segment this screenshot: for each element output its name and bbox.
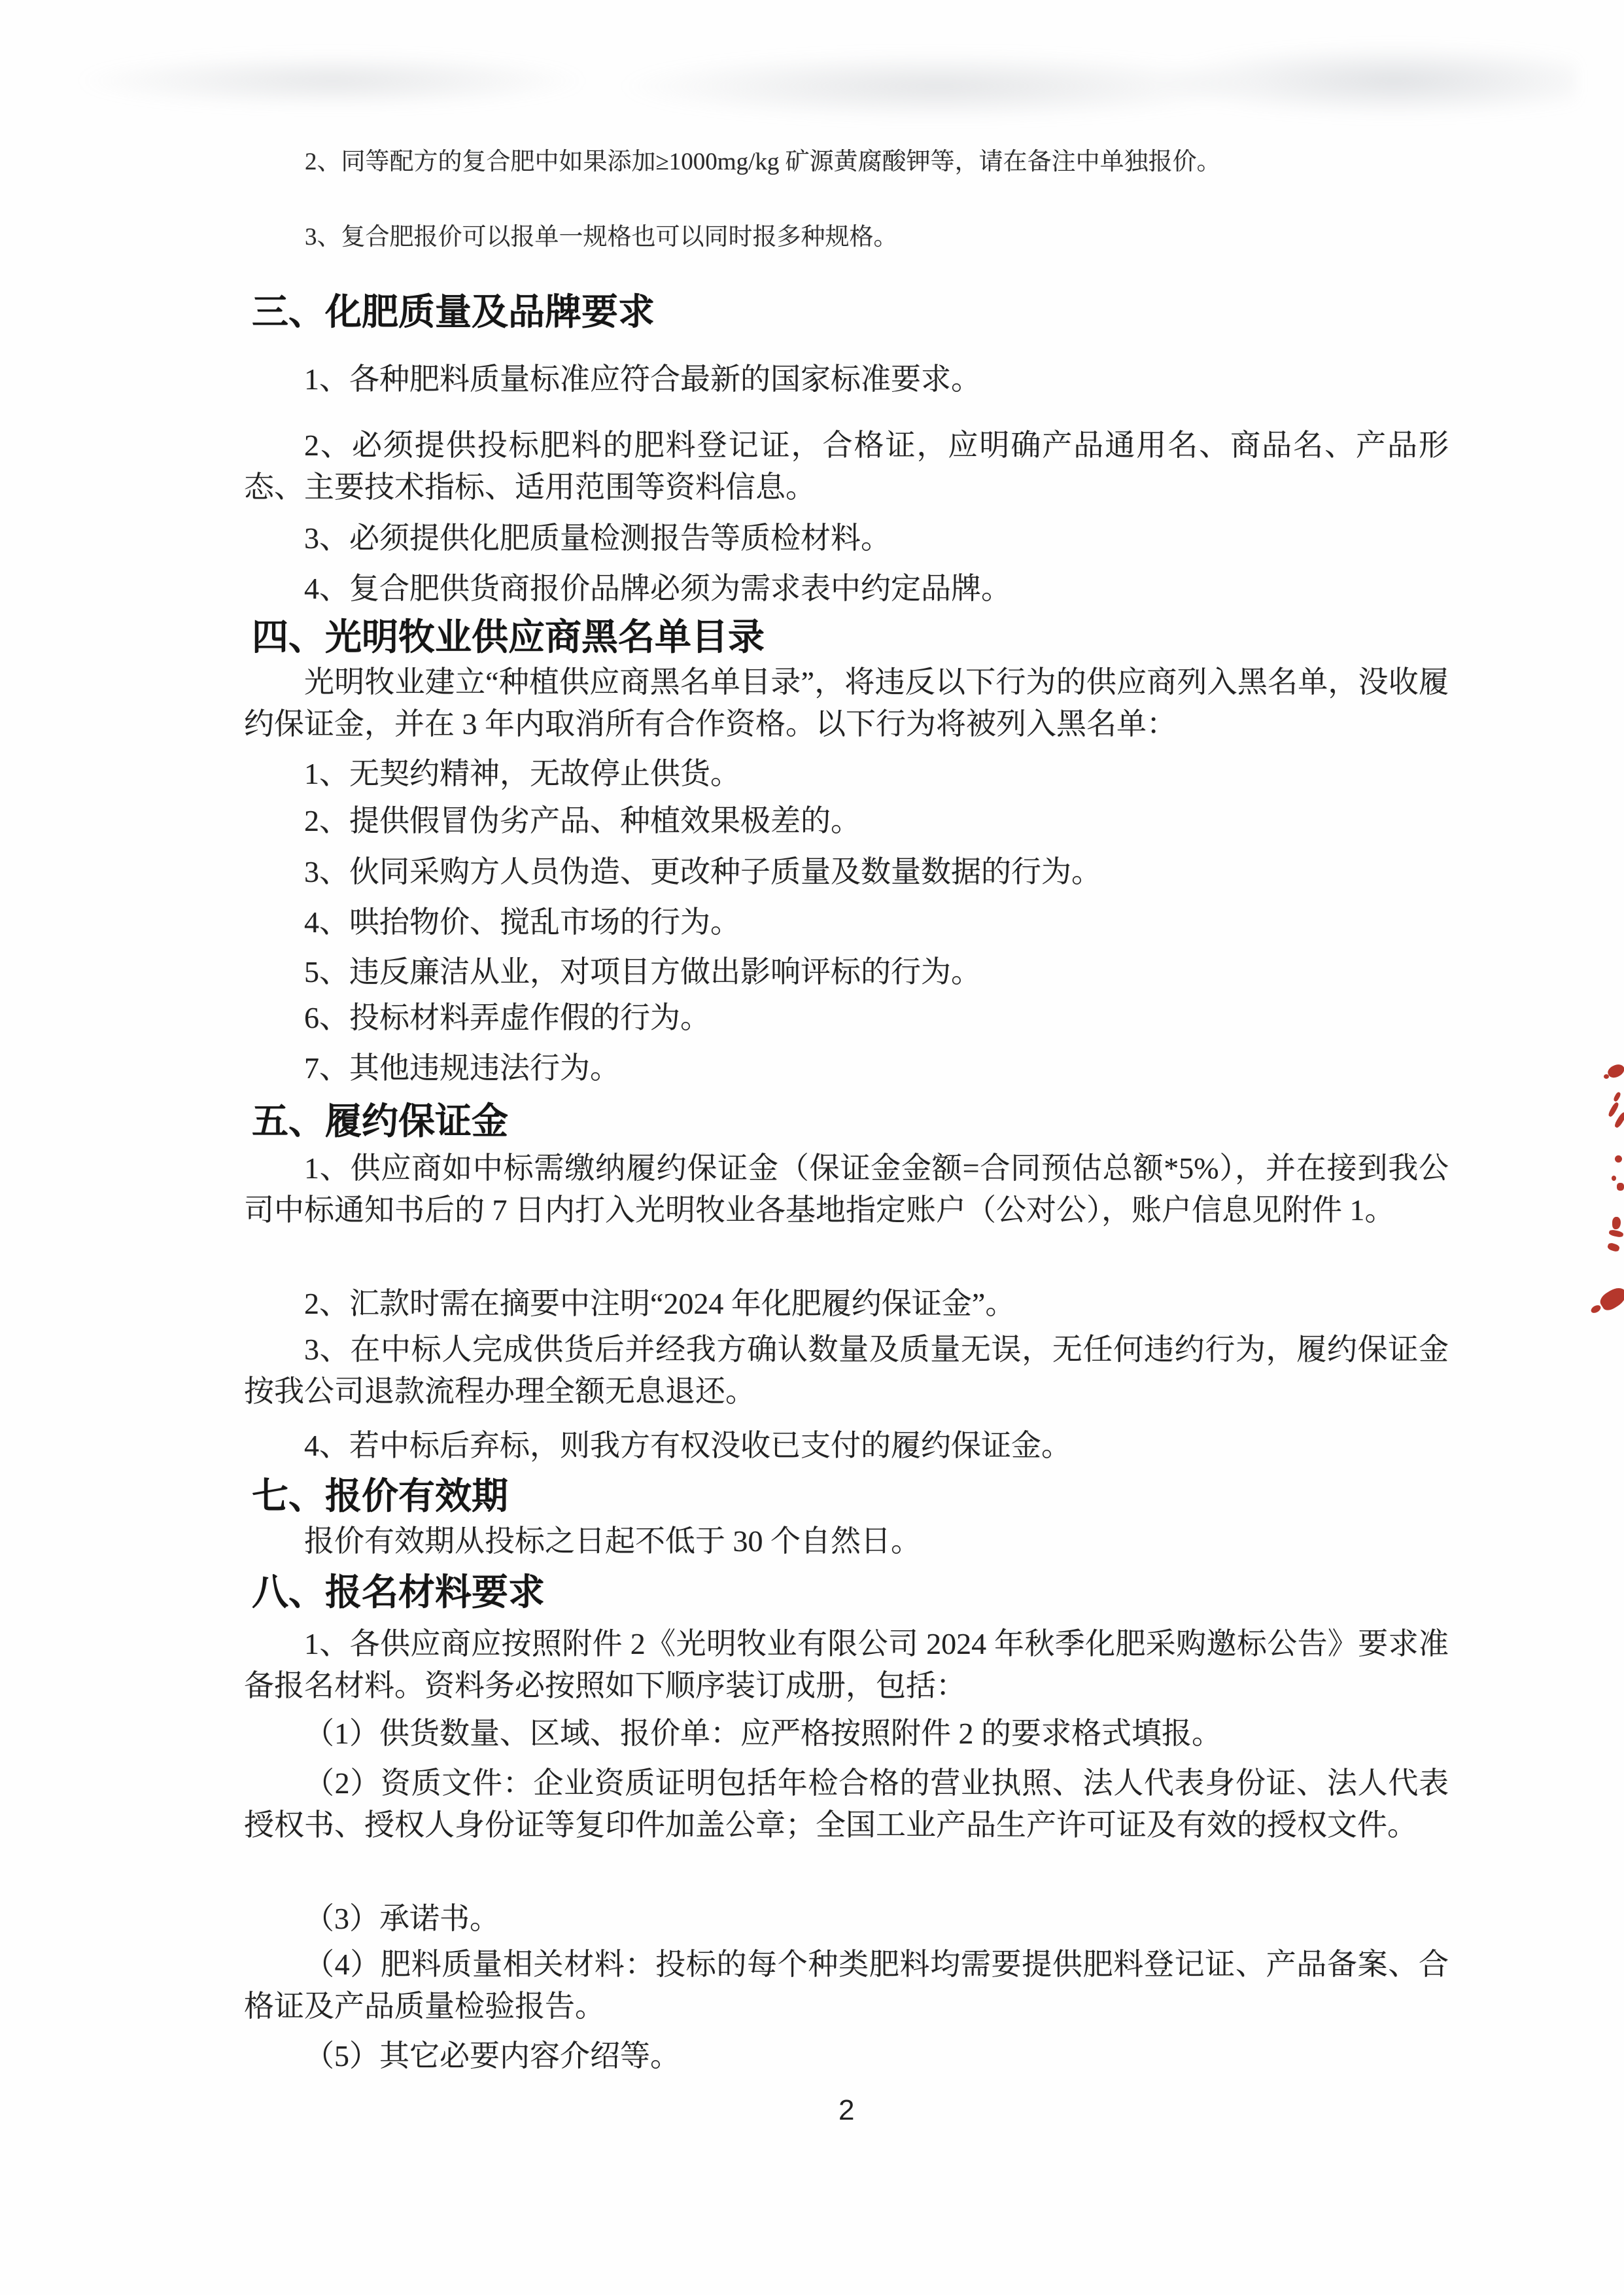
paragraph: 7、其他违规违法行为。 [244, 1047, 1449, 1089]
page-number: 2 [838, 2094, 854, 2128]
paragraph: 3、在中标人完成供货后并经我方确认数量及质量无误，无任何违约行为，履约保证金按我… [244, 1329, 1449, 1412]
paragraph: 3、伙同采购方人员伪造、更改种子质量及数量数据的行为。 [244, 851, 1449, 893]
paragraph: （3）承诺书。 [244, 1898, 1449, 1940]
paragraph: 2、汇款时需在摘要中注明“2024 年化肥履约保证金”。 [244, 1283, 1449, 1325]
red-stamp-fragment [1590, 1304, 1602, 1315]
paragraph: 光明牧业建立“种植供应商黑名单目录”，将违反以下行为的供应商列入黑名单，没收履约… [244, 661, 1449, 745]
paragraph: 3、必须提供化肥质量检测报告等质检材料。 [244, 517, 1449, 559]
red-stamp-fragment [1614, 1112, 1624, 1129]
paragraph: （1）供货数量、区域、报价单：应严格按照附件 2 的要求格式填报。 [244, 1713, 1449, 1755]
paragraph: 4、若中标后弃标，则我方有权没收已支付的履约保证金。 [244, 1425, 1449, 1467]
paragraph: 2、必须提供投标肥料的肥料登记证，合格证，应明确产品通用名、商品名、产品形态、主… [244, 425, 1449, 508]
red-stamp-fragment [1607, 1242, 1621, 1252]
red-stamp-fragment [1612, 1176, 1616, 1181]
paragraph: 1、无契约精神，无故停止供货。 [244, 753, 1449, 795]
paragraph: 5、违反廉洁从业，对项目方做出影响评标的行为。 [244, 951, 1449, 993]
section-heading-7: 七、报价有效期 [252, 1475, 1449, 1519]
red-stamp-fragment [1617, 1183, 1624, 1191]
paragraph: 6、投标材料弄虚作假的行为。 [244, 997, 1449, 1039]
paragraph: 报价有效期从投标之日起不低于 30 个自然日。 [244, 1520, 1449, 1562]
paragraph: 1、各种肥料质量标准应符合最新的国家标准要求。 [244, 359, 1449, 400]
red-stamp-fragment [1597, 1284, 1624, 1313]
paragraph: （5）其它必要内容介绍等。 [244, 2035, 1449, 2077]
red-stamp-fragment [1615, 1155, 1622, 1163]
red-stamp-fragment [1608, 1102, 1620, 1118]
section-heading-5: 五、履约保证金 [252, 1100, 1449, 1144]
section-heading-4: 四、光明牧业供应商黑名单目录 [252, 616, 1449, 660]
paragraph: 2、提供假冒伪劣产品、种植效果极差的。 [244, 800, 1449, 842]
scan-noise-band [59, 20, 1576, 131]
note-item: 2、同等配方的复合肥中如果添加≥1000mg/kg 矿源黄腐酸钾等，请在备注中单… [244, 145, 1449, 179]
paragraph: 1、供应商如中标需缴纳履约保证金（保证金金额=合同预估总额*5%），并在接到我公… [244, 1147, 1449, 1231]
paragraph: 1、各供应商应按照附件 2《光明牧业有限公司 2024 年秋季化肥采购邀标公告》… [244, 1623, 1449, 1707]
paragraph: （2）资质文件：企业资质证明包括年检合格的营业执照、法人代表身份证、法人代表授权… [244, 1762, 1449, 1846]
note-item: 3、复合肥报价可以报单一规格也可以同时报多种规格。 [244, 220, 1449, 254]
red-stamp-fragment [1604, 1074, 1609, 1079]
section-heading-3: 三、化肥质量及品牌要求 [252, 290, 1449, 335]
red-stamp-fragment [1608, 1229, 1623, 1238]
paragraph: 4、哄抬物价、搅乱市场的行为。 [244, 902, 1449, 943]
paragraph: 4、复合肥供货商报价品牌必须为需求表中约定品牌。 [244, 568, 1449, 610]
section-heading-8: 八、报名材料要求 [252, 1571, 1449, 1615]
red-stamp-fragment [1612, 1217, 1621, 1229]
paragraph: （4）肥料质量相关材料：投标的每个种类肥料均需要提供肥料登记证、产品备案、合格证… [244, 1944, 1449, 2027]
red-stamp-fragment [1613, 1091, 1621, 1102]
scanned-document-page: 2、同等配方的复合肥中如果添加≥1000mg/kg 矿源黄腐酸钾等，请在备注中单… [0, 0, 1624, 2295]
